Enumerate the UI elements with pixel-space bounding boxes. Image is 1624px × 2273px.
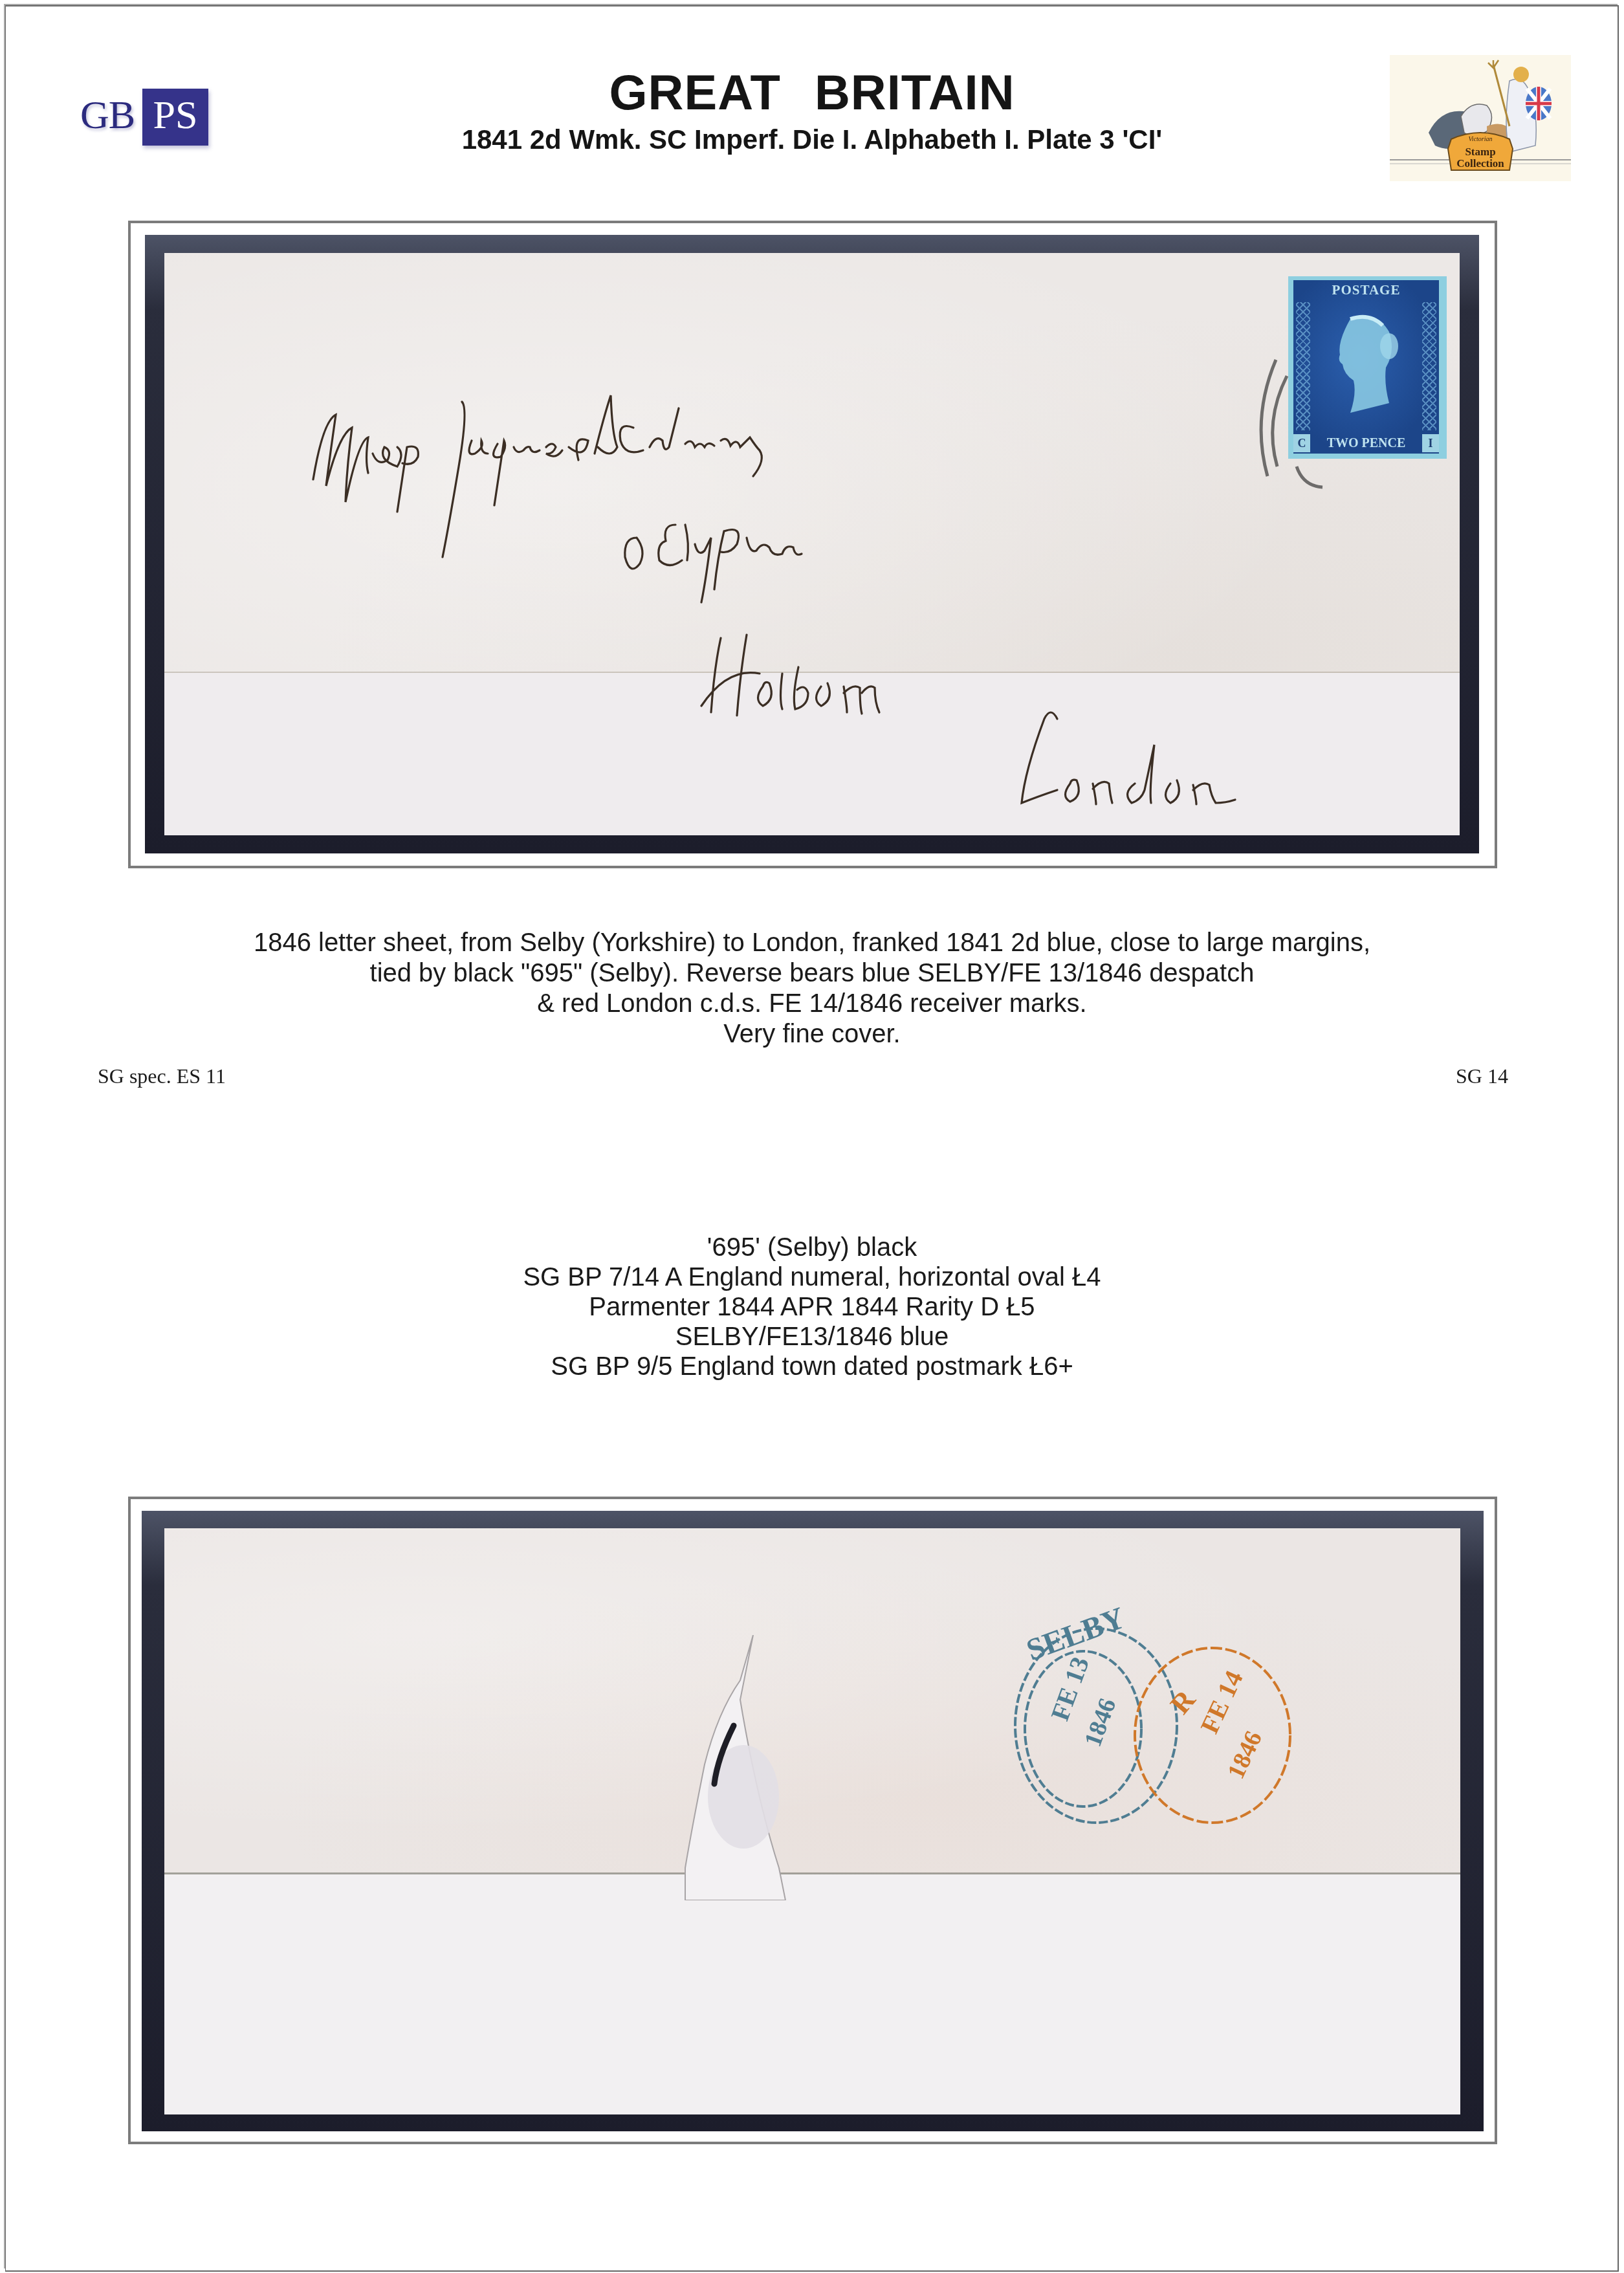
front-cover-frame: POSTAGE C TWO PENCE I — [128, 221, 1497, 868]
stamp-right-border — [1422, 302, 1436, 430]
description-line: 1846 letter sheet, from Selby (Yorkshire… — [0, 928, 1624, 958]
postmark-note-line: SG BP 7/14 A England numeral, horizontal… — [0, 1262, 1624, 1292]
front-cover-mount: POSTAGE C TWO PENCE I — [145, 235, 1479, 853]
queen-victoria-portrait-icon — [1324, 306, 1402, 423]
front-cover-letter: POSTAGE C TWO PENCE I — [164, 253, 1460, 835]
svg-text:FE 14: FE 14 — [1194, 1666, 1249, 1738]
catalogue-ref-sg: SG 14 — [1456, 1064, 1508, 1088]
handwritten-address — [164, 253, 1460, 835]
stamp-corner-letter-right: I — [1422, 434, 1439, 452]
postmark-notes: '695' (Selby) black SG BP 7/14 A England… — [0, 1233, 1624, 1381]
svg-text:1846: 1846 — [1079, 1695, 1121, 1750]
page-title: GREAT BRITAIN — [0, 65, 1624, 121]
back-postmarks: SELBY FE 13 1846 R FE 14 1846 — [164, 1528, 1460, 2114]
britannia-illustration-icon: Stamp Collection Victorian — [1390, 55, 1571, 181]
stamp-value-row: C TWO PENCE I — [1293, 433, 1439, 454]
postmark-note-line: Parmenter 1844 APR 1844 Rarity D Ł5 — [0, 1292, 1624, 1322]
stamp-value-label: TWO PENCE — [1327, 436, 1406, 451]
svg-text:Victorian: Victorian — [1468, 136, 1492, 143]
stamp-corner-letter-left: C — [1293, 434, 1310, 452]
stamp-left-border — [1296, 302, 1310, 430]
postmark-note-line: SG BP 9/5 England town dated postmark Ł6… — [0, 1352, 1624, 1381]
london-receiver-postmark — [1135, 1648, 1290, 1823]
stamp-design: POSTAGE C TWO PENCE I — [1293, 280, 1439, 454]
stamp-postage-label: POSTAGE — [1293, 280, 1439, 300]
svg-text:Collection: Collection — [1456, 157, 1504, 170]
postmark-note-line: '695' (Selby) black — [0, 1233, 1624, 1262]
svg-text:Stamp: Stamp — [1465, 146, 1495, 158]
victorian-stamp-collection-logo: Stamp Collection Victorian — [1390, 55, 1571, 181]
description-line: tied by black "695" (Selby). Reverse bea… — [0, 958, 1624, 989]
postmark-note-line: SELBY/FE13/1846 blue — [0, 1322, 1624, 1352]
description-line: & red London c.d.s. FE 14/1846 receiver … — [0, 989, 1624, 1019]
page-subtitle: 1841 2d Wmk. SC Imperf. Die I. Alphabeth… — [0, 124, 1624, 155]
back-cover-letter: SELBY FE 13 1846 R FE 14 1846 — [164, 1528, 1460, 2114]
two-penny-blue-stamp: POSTAGE C TWO PENCE I — [1288, 276, 1447, 459]
back-cover-frame: SELBY FE 13 1846 R FE 14 1846 — [128, 1497, 1497, 2144]
svg-text:R: R — [1164, 1684, 1202, 1720]
description-line: Very fine cover. — [0, 1019, 1624, 1049]
catalogue-ref-specialised: SG spec. ES 11 — [98, 1064, 226, 1088]
back-cover-mount: SELBY FE 13 1846 R FE 14 1846 — [142, 1511, 1484, 2131]
svg-text:1846: 1846 — [1222, 1727, 1267, 1783]
cover-description: 1846 letter sheet, from Selby (Yorkshire… — [0, 928, 1624, 1049]
